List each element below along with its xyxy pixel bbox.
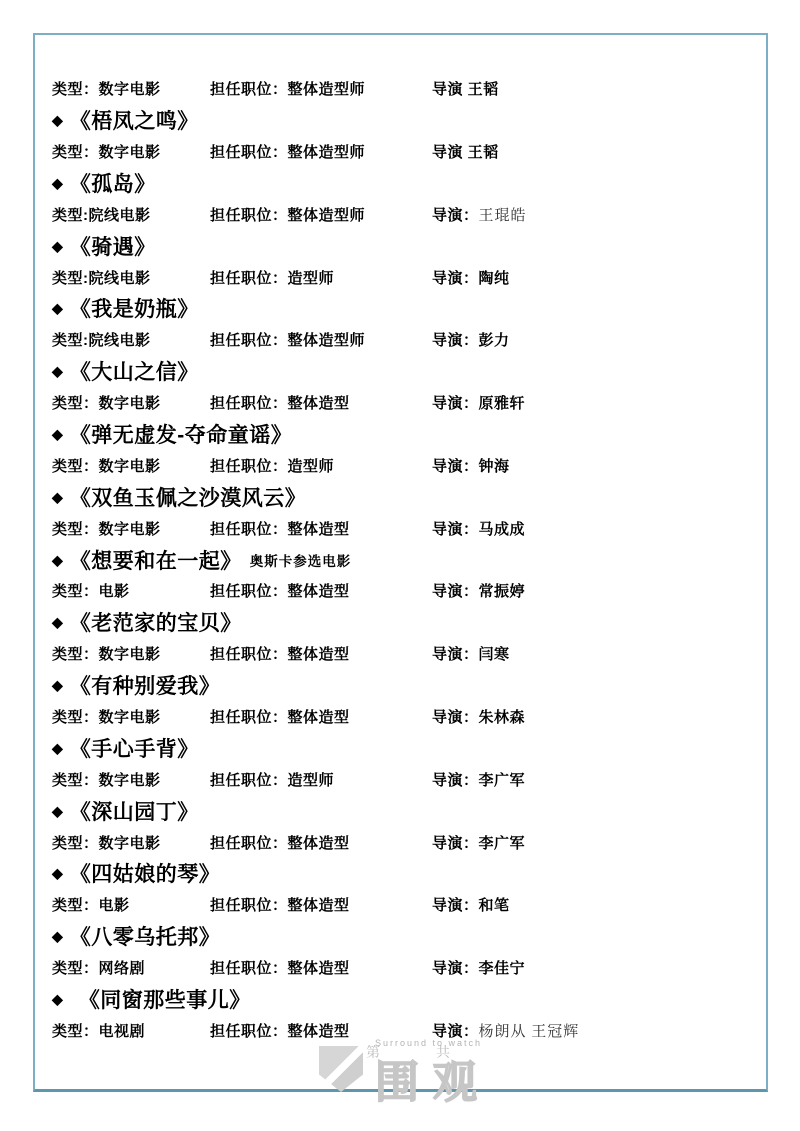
diamond-bullet-icon: ◆ xyxy=(52,615,63,629)
diamond-bullet-icon: ◆ xyxy=(52,866,63,880)
film-director-label: 导演 王韬 xyxy=(432,144,499,161)
film-detail-row: 类型：网络剧担任职位：整体造型导演：李佳宁 xyxy=(52,952,758,983)
film-title-row: ◆《四姑娘的琴》 xyxy=(52,858,758,889)
film-director-label: 导演：李广军 xyxy=(432,772,525,789)
film-position: 担任职位：整体造型 xyxy=(210,643,432,664)
film-type: 类型：数字电影 xyxy=(52,769,210,790)
film-title: 《深山园丁》 xyxy=(70,796,199,826)
film-title: 《双鱼玉佩之沙漠风云》 xyxy=(70,482,307,512)
film-director: 导演：陶纯 xyxy=(432,267,758,288)
film-position: 担任职位：整体造型 xyxy=(210,1020,432,1041)
film-title-row: ◆《双鱼玉佩之沙漠风云》 xyxy=(52,481,758,512)
page-border: 类型：数字电影担任职位：整体造型师导演 王韬◆《梧凤之鸣》类型：数字电影担任职位… xyxy=(33,33,768,1092)
film-detail-row: 类型：数字电影担任职位：造型师导演：李广军 xyxy=(52,764,758,795)
film-director: 导演：李佳宁 xyxy=(432,957,758,978)
film-director-label: 导演：李佳宁 xyxy=(432,960,525,977)
film-title-row: ◆《弹无虚发-夺命童谣》 xyxy=(52,418,758,449)
film-title-row: ◆《八零乌托邦》 xyxy=(52,921,758,952)
film-position: 担任职位：整体造型师 xyxy=(210,78,432,99)
film-type: 类型:院线电影 xyxy=(52,204,210,225)
film-director-label: 导演：常振婷 xyxy=(432,583,525,600)
film-director-label: 导演：彭力 xyxy=(432,332,510,349)
film-position: 担任职位：整体造型 xyxy=(210,957,432,978)
film-position: 担任职位：造型师 xyxy=(210,769,432,790)
film-type: 类型:院线电影 xyxy=(52,267,210,288)
film-director: 导演：彭力 xyxy=(432,329,758,350)
film-director: 导演：钟海 xyxy=(432,455,758,476)
film-title: 《弹无虚发-夺命童谣》 xyxy=(70,419,293,449)
film-type: 类型：数字电影 xyxy=(52,78,210,99)
film-detail-row: 类型:院线电影担任职位：整体造型师导演：王琨皓 xyxy=(52,199,758,230)
diamond-bullet-icon: ◆ xyxy=(52,553,63,567)
film-position: 担任职位：整体造型 xyxy=(210,894,432,915)
film-director-label: 导演 王韬 xyxy=(432,81,499,98)
film-title-row: ◆《骑遇》 xyxy=(52,230,758,261)
film-title: 《八零乌托邦》 xyxy=(70,921,221,951)
film-director: 导演：闫寒 xyxy=(432,643,758,664)
film-director: 导演：常振婷 xyxy=(432,580,758,601)
diamond-bullet-icon: ◆ xyxy=(52,176,63,190)
film-type: 类型：数字电影 xyxy=(52,643,210,664)
diamond-bullet-icon: ◆ xyxy=(52,992,63,1006)
film-title-row: ◆《梧凤之鸣》 xyxy=(52,104,758,135)
film-director: 导演：和笔 xyxy=(432,894,758,915)
film-director-name: 杨朗从 王冠辉 xyxy=(479,1024,580,1040)
film-director-name: 王琨皓 xyxy=(479,208,527,224)
film-type: 类型：电影 xyxy=(52,580,210,601)
film-director-label: 导演： xyxy=(432,1023,479,1040)
film-type: 类型：数字电影 xyxy=(52,518,210,539)
film-detail-row: 类型：数字电影担任职位：整体造型师导演 王韬 xyxy=(52,73,758,104)
film-position: 担任职位：整体造型师 xyxy=(210,329,432,350)
film-director-label: 导演：钟海 xyxy=(432,458,510,475)
film-director: 导演：原雅轩 xyxy=(432,392,758,413)
film-director-label: 导演：陶纯 xyxy=(432,270,510,287)
film-title: 《有种别爱我》 xyxy=(70,670,221,700)
film-director-label: 导演：马成成 xyxy=(432,521,525,538)
diamond-bullet-icon: ◆ xyxy=(52,239,63,253)
film-position: 担任职位：造型师 xyxy=(210,267,432,288)
film-director: 导演：李广军 xyxy=(432,832,758,853)
footer-page-fragment-right: 共 xyxy=(436,1042,450,1062)
film-detail-row: 类型：数字电影担任职位：整体造型导演：李广军 xyxy=(52,826,758,857)
film-title-row: ◆《孤岛》 xyxy=(52,167,758,198)
film-type: 类型：数字电影 xyxy=(52,832,210,853)
film-position: 担任职位：整体造型 xyxy=(210,706,432,727)
document-page: 类型：数字电影担任职位：整体造型师导演 王韬◆《梧凤之鸣》类型：数字电影担任职位… xyxy=(0,0,800,1131)
film-director: 导演 王韬 xyxy=(432,78,758,99)
film-detail-row: 类型：电影担任职位：整体造型导演：和笔 xyxy=(52,889,758,920)
film-director: 导演：李广军 xyxy=(432,769,758,790)
film-title: 《我是奶瓶》 xyxy=(70,293,199,323)
diamond-bullet-icon: ◆ xyxy=(52,741,63,755)
film-director-label: 导演：李广军 xyxy=(432,835,525,852)
film-type: 类型：网络剧 xyxy=(52,957,210,978)
film-director: 导演：杨朗从 王冠辉 xyxy=(432,1020,758,1041)
diamond-bullet-icon: ◆ xyxy=(52,490,63,504)
film-title-row: ◆《我是奶瓶》 xyxy=(52,293,758,324)
footer-page-fragment-left: 第 xyxy=(366,1042,380,1062)
diamond-bullet-icon: ◆ xyxy=(52,804,63,818)
film-type: 类型：电影 xyxy=(52,894,210,915)
film-title: 《想要和在一起》 xyxy=(70,545,242,575)
film-position: 担任职位：造型师 xyxy=(210,455,432,476)
film-title-row: ◆《手心手背》 xyxy=(52,732,758,763)
diamond-bullet-icon: ◆ xyxy=(52,678,63,692)
diamond-bullet-icon: ◆ xyxy=(52,113,63,127)
film-detail-row: 类型：数字电影担任职位：整体造型导演：马成成 xyxy=(52,512,758,543)
film-position: 担任职位：整体造型师 xyxy=(210,141,432,162)
film-detail-row: 类型：电视剧担任职位：整体造型导演：杨朗从 王冠辉 xyxy=(52,1015,758,1046)
film-title-row: ◆《有种别爱我》 xyxy=(52,669,758,700)
film-director-label: 导演：和笔 xyxy=(432,897,510,914)
film-director: 导演：王琨皓 xyxy=(432,204,758,225)
film-detail-row: 类型：数字电影担任职位：整体造型导演：闫寒 xyxy=(52,638,758,669)
film-detail-row: 类型：数字电影担任职位：造型师导演：钟海 xyxy=(52,450,758,481)
diamond-bullet-icon: ◆ xyxy=(52,427,63,441)
film-position: 担任职位：整体造型 xyxy=(210,392,432,413)
film-director: 导演：马成成 xyxy=(432,518,758,539)
film-director-label: 导演：朱林森 xyxy=(432,709,525,726)
film-type: 类型:院线电影 xyxy=(52,329,210,350)
film-title: 《孤岛》 xyxy=(70,168,156,198)
film-title: 《骑遇》 xyxy=(70,231,156,261)
film-position: 担任职位：整体造型师 xyxy=(210,204,432,225)
film-director-label: 导演：闫寒 xyxy=(432,646,510,663)
film-type: 类型：数字电影 xyxy=(52,455,210,476)
film-title: 《手心手背》 xyxy=(70,733,199,763)
film-title-row: ◆《老范家的宝贝》 xyxy=(52,607,758,638)
filmography-list: 类型：数字电影担任职位：整体造型师导演 王韬◆《梧凤之鸣》类型：数字电影担任职位… xyxy=(52,73,758,1046)
film-position: 担任职位：整体造型 xyxy=(210,580,432,601)
film-director-label: 导演：原雅轩 xyxy=(432,395,525,412)
film-title-row: ◆《同窗那些事儿》 xyxy=(52,983,758,1014)
film-detail-row: 类型：数字电影担任职位：整体造型导演：原雅轩 xyxy=(52,387,758,418)
film-title: 《老范家的宝贝》 xyxy=(70,607,242,637)
film-note: 奥斯卡参选电影 xyxy=(250,550,352,570)
film-detail-row: 类型：电影担任职位：整体造型导演：常振婷 xyxy=(52,575,758,606)
film-detail-row: 类型：数字电影担任职位：整体造型导演：朱林森 xyxy=(52,701,758,732)
film-director-label: 导演： xyxy=(432,207,479,224)
film-director: 导演：朱林森 xyxy=(432,706,758,727)
film-title: 《四姑娘的琴》 xyxy=(70,858,221,888)
film-position: 担任职位：整体造型 xyxy=(210,518,432,539)
film-title: 《大山之信》 xyxy=(70,356,199,386)
film-type: 类型：数字电影 xyxy=(52,392,210,413)
film-detail-row: 类型:院线电影担任职位：整体造型师导演：彭力 xyxy=(52,324,758,355)
film-detail-row: 类型：数字电影担任职位：整体造型师导演 王韬 xyxy=(52,136,758,167)
film-position: 担任职位：整体造型 xyxy=(210,832,432,853)
film-title-row: ◆《大山之信》 xyxy=(52,356,758,387)
film-type: 类型：电视剧 xyxy=(52,1020,210,1041)
diamond-bullet-icon: ◆ xyxy=(52,929,63,943)
film-title: 《同窗那些事儿》 xyxy=(79,984,251,1014)
film-type: 类型：数字电影 xyxy=(52,706,210,727)
film-title-row: ◆《深山园丁》 xyxy=(52,795,758,826)
film-director: 导演 王韬 xyxy=(432,141,758,162)
film-title-row: ◆《想要和在一起》奥斯卡参选电影 xyxy=(52,544,758,575)
diamond-bullet-icon: ◆ xyxy=(52,301,63,315)
film-title: 《梧凤之鸣》 xyxy=(70,105,199,135)
film-detail-row: 类型:院线电影担任职位：造型师导演：陶纯 xyxy=(52,261,758,292)
film-type: 类型：数字电影 xyxy=(52,141,210,162)
diamond-bullet-icon: ◆ xyxy=(52,364,63,378)
